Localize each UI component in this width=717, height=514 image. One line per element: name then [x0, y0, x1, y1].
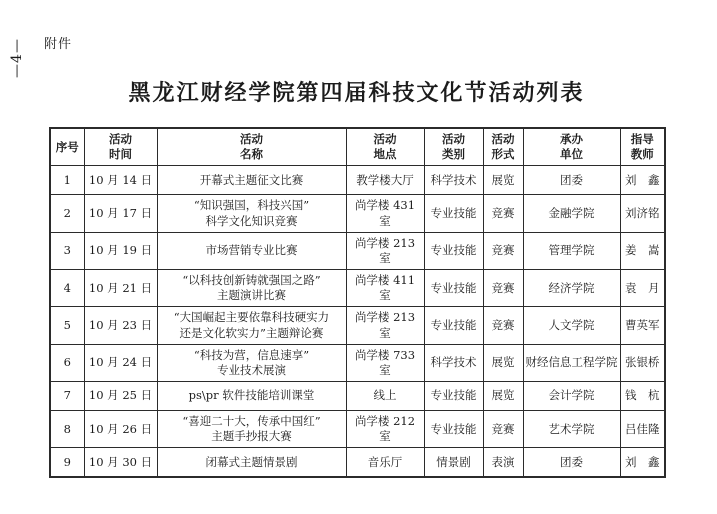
cell-line: 主题演讲比赛 — [160, 288, 344, 303]
cell-no: 6 — [50, 344, 84, 381]
cell-form: 竞赛 — [483, 270, 523, 307]
cell-venue: 音乐厅 — [346, 448, 424, 477]
cell-category: 科学技术 — [424, 166, 483, 195]
col-header-line: 活动 — [427, 132, 481, 147]
col-header-line: 单位 — [526, 147, 618, 162]
cell-name: 闭幕式主题情景剧 — [157, 448, 346, 477]
cell-venue: 尚学楼 431 室 — [346, 195, 424, 232]
cell-date: 10 月 23 日 — [84, 307, 157, 344]
table-row: 110 月 14 日开幕式主题征文比赛教学楼大厅科学技术展览团委刘 鑫 — [50, 166, 665, 195]
col-header-category: 活动类别 — [424, 128, 483, 166]
cell-line: 科学文化知识竞赛 — [160, 214, 344, 229]
cell-teacher: 刘 鑫 — [620, 448, 665, 477]
table-row: 710 月 25 日ps\pr 软件技能培训课堂线上专业技能展览会计学院钱 杭 — [50, 382, 665, 411]
table-row: 810 月 26 日“喜迎二十大，传承中国红”主题手抄报大赛尚学楼 212 室专… — [50, 411, 665, 448]
cell-venue: 尚学楼 213 室 — [346, 307, 424, 344]
cell-line: 专业技术展演 — [160, 363, 344, 378]
cell-form: 竞赛 — [483, 232, 523, 269]
table-row: 510 月 23 日“大国崛起主要依靠科技硬实力还是文化软实力”主题辩论赛尚学楼… — [50, 307, 665, 344]
table-row: 610 月 24 日“科技为营，信息速享”专业技术展演尚学楼 733 室科学技术… — [50, 344, 665, 381]
cell-form: 竞赛 — [483, 195, 523, 232]
cell-teacher: 刘济铭 — [620, 195, 665, 232]
cell-form: 竞赛 — [483, 411, 523, 448]
cell-no: 5 — [50, 307, 84, 344]
table-header: 序号活动时间活动名称活动地点活动类别活动形式承办单位指导教师 — [50, 128, 665, 166]
table-row: 910 月 30 日闭幕式主题情景剧音乐厅情景剧表演团委刘 鑫 — [50, 448, 665, 477]
table-header-row: 序号活动时间活动名称活动地点活动类别活动形式承办单位指导教师 — [50, 128, 665, 166]
page-number-container: —4— — [4, 28, 30, 88]
cell-date: 10 月 30 日 — [84, 448, 157, 477]
cell-organizer: 艺术学院 — [523, 411, 620, 448]
cell-teacher: 曹英军 — [620, 307, 665, 344]
cell-teacher: 吕佳隆 — [620, 411, 665, 448]
col-header-line: 地点 — [349, 147, 422, 162]
col-header-line: 活动 — [349, 132, 422, 147]
cell-teacher: 袁 月 — [620, 270, 665, 307]
col-header-line: 指导 — [623, 132, 663, 147]
cell-no: 4 — [50, 270, 84, 307]
col-header-line: 活动 — [486, 132, 521, 147]
cell-no: 1 — [50, 166, 84, 195]
cell-line: “科技为营，信息速享” — [160, 348, 344, 363]
cell-no: 7 — [50, 382, 84, 411]
cell-date: 10 月 19 日 — [84, 232, 157, 269]
cell-venue: 尚学楼 212 室 — [346, 411, 424, 448]
cell-venue: 尚学楼 411 室 — [346, 270, 424, 307]
cell-organizer: 人文学院 — [523, 307, 620, 344]
col-header-line: 名称 — [160, 147, 344, 162]
cell-form: 展览 — [483, 344, 523, 381]
cell-no: 8 — [50, 411, 84, 448]
col-header-name: 活动名称 — [157, 128, 346, 166]
cell-form: 竞赛 — [483, 307, 523, 344]
cell-venue: 线上 — [346, 382, 424, 411]
col-header-line: 教师 — [623, 147, 663, 162]
activity-table: 序号活动时间活动名称活动地点活动类别活动形式承办单位指导教师 110 月 14 … — [49, 127, 666, 478]
cell-date: 10 月 25 日 — [84, 382, 157, 411]
cell-teacher: 钱 杭 — [620, 382, 665, 411]
cell-name: 开幕式主题征文比赛 — [157, 166, 346, 195]
cell-category: 科学技术 — [424, 344, 483, 381]
cell-organizer: 会计学院 — [523, 382, 620, 411]
table-row: 410 月 21 日“以科技创新铸就强国之路”主题演讲比赛尚学楼 411 室专业… — [50, 270, 665, 307]
col-header-venue: 活动地点 — [346, 128, 424, 166]
cell-line: 市场营销专业比赛 — [160, 243, 344, 258]
cell-date: 10 月 17 日 — [84, 195, 157, 232]
cell-name: “以科技创新铸就强国之路”主题演讲比赛 — [157, 270, 346, 307]
col-header-date: 活动时间 — [84, 128, 157, 166]
cell-line: “喜迎二十大，传承中国红” — [160, 414, 344, 429]
cell-organizer: 经济学院 — [523, 270, 620, 307]
col-header-line: 类别 — [427, 147, 481, 162]
cell-organizer: 团委 — [523, 448, 620, 477]
col-header-line: 活动 — [160, 132, 344, 147]
col-header-line: 形式 — [486, 147, 521, 162]
cell-category: 专业技能 — [424, 232, 483, 269]
cell-line: “以科技创新铸就强国之路” — [160, 273, 344, 288]
cell-line: 还是文化软实力”主题辩论赛 — [160, 326, 344, 341]
cell-name: “科技为营，信息速享”专业技术展演 — [157, 344, 346, 381]
cell-date: 10 月 14 日 — [84, 166, 157, 195]
cell-line: “知识强国，科技兴国” — [160, 198, 344, 213]
col-header-line: 承办 — [526, 132, 618, 147]
col-header-teacher: 指导教师 — [620, 128, 665, 166]
cell-venue: 教学楼大厅 — [346, 166, 424, 195]
cell-category: 专业技能 — [424, 307, 483, 344]
page-title: 黑龙江财经学院第四届科技文化节活动列表 — [49, 76, 664, 107]
cell-organizer: 财经信息工程学院 — [523, 344, 620, 381]
cell-form: 展览 — [483, 382, 523, 411]
col-header-line: 序号 — [53, 140, 82, 155]
cell-line: 闭幕式主题情景剧 — [160, 455, 344, 470]
cell-date: 10 月 24 日 — [84, 344, 157, 381]
cell-category: 专业技能 — [424, 270, 483, 307]
attachment-label: 附件 — [44, 33, 72, 52]
table-row: 210 月 17 日“知识强国，科技兴国”科学文化知识竞赛尚学楼 431 室专业… — [50, 195, 665, 232]
cell-name: “大国崛起主要依靠科技硬实力还是文化软实力”主题辩论赛 — [157, 307, 346, 344]
col-header-line: 活动 — [87, 132, 155, 147]
table-body: 110 月 14 日开幕式主题征文比赛教学楼大厅科学技术展览团委刘 鑫210 月… — [50, 166, 665, 477]
cell-line: 主题手抄报大赛 — [160, 429, 344, 444]
cell-line: “大国崛起主要依靠科技硬实力 — [160, 310, 344, 325]
cell-teacher: 张银桥 — [620, 344, 665, 381]
cell-form: 表演 — [483, 448, 523, 477]
cell-no: 3 — [50, 232, 84, 269]
cell-name: “知识强国，科技兴国”科学文化知识竞赛 — [157, 195, 346, 232]
cell-category: 专业技能 — [424, 411, 483, 448]
cell-form: 展览 — [483, 166, 523, 195]
cell-line: 开幕式主题征文比赛 — [160, 173, 344, 188]
cell-teacher: 姜 嵩 — [620, 232, 665, 269]
cell-venue: 尚学楼 213 室 — [346, 232, 424, 269]
cell-category: 情景剧 — [424, 448, 483, 477]
cell-name: “喜迎二十大，传承中国红”主题手抄报大赛 — [157, 411, 346, 448]
col-header-form: 活动形式 — [483, 128, 523, 166]
table-row: 310 月 19 日市场营销专业比赛尚学楼 213 室专业技能竞赛管理学院姜 嵩 — [50, 232, 665, 269]
cell-organizer: 金融学院 — [523, 195, 620, 232]
page-number: —4— — [9, 38, 25, 78]
cell-name: ps\pr 软件技能培训课堂 — [157, 382, 346, 411]
cell-name: 市场营销专业比赛 — [157, 232, 346, 269]
cell-category: 专业技能 — [424, 195, 483, 232]
col-header-organizer: 承办单位 — [523, 128, 620, 166]
cell-venue: 尚学楼 733 室 — [346, 344, 424, 381]
cell-no: 2 — [50, 195, 84, 232]
cell-teacher: 刘 鑫 — [620, 166, 665, 195]
cell-category: 专业技能 — [424, 382, 483, 411]
cell-date: 10 月 26 日 — [84, 411, 157, 448]
col-header-line: 时间 — [87, 147, 155, 162]
cell-line: ps\pr 软件技能培训课堂 — [160, 388, 344, 403]
cell-organizer: 管理学院 — [523, 232, 620, 269]
cell-date: 10 月 21 日 — [84, 270, 157, 307]
col-header-no: 序号 — [50, 128, 84, 166]
cell-organizer: 团委 — [523, 166, 620, 195]
cell-no: 9 — [50, 448, 84, 477]
